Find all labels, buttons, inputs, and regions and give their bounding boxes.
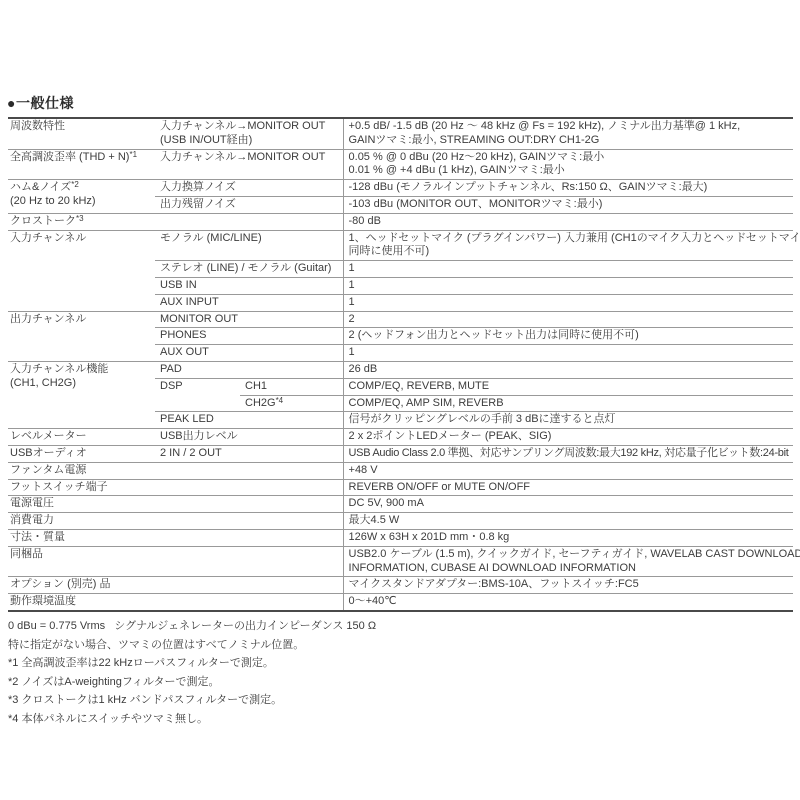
spec-category-text: 入力チャンネル機能 (10, 363, 152, 377)
spec-category: 電源電圧 (8, 496, 343, 513)
spec-category: 寸法・質量 (8, 529, 343, 546)
spec-category: USBオーディオ (8, 445, 155, 462)
spec-category: 入力チャンネル (8, 230, 155, 311)
spec-subcategory: MONITOR OUT (155, 311, 343, 328)
row-crosstalk: クロストーク*3 -80 dB (8, 213, 793, 230)
spec-subcategory: PAD (155, 361, 343, 378)
row-level-meter: レベルメーター USB出力レベル 2 x 2ポイントLEDメーター (PEAK、… (8, 429, 793, 446)
spec-category: 周波数特性 (8, 118, 155, 149)
spec-value-line: +0.5 dB/ -1.5 dB (20 Hz 〜 48 kHz @ Fs = … (349, 120, 791, 134)
row-operating-temperature: 動作環境温度 0〜+40℃ (8, 594, 793, 611)
spec-category: ハム&ノイズ*2 (20 Hz to 20 kHz) (8, 180, 155, 214)
spec-value: USB2.0 ケーブル (1.5 m), クイックガイド, セーフティガイド, … (343, 546, 793, 577)
spec-value: 0.05 % @ 0 dBu (20 Hz〜20 kHz), GAINツマミ:最… (343, 149, 793, 180)
footnote-1: *1 全高調波歪率は22 kHzローパスフィルターで測定。 (8, 654, 788, 673)
spec-value-line: GAINツマミ:最小, STREAMING OUT:DRY CH1-2G (349, 134, 791, 148)
spec-subcategory: PHONES (155, 328, 343, 345)
spec-value: -128 dBu (モノラルインプットチャンネル、Rs:150 Ω、GAINツマ… (343, 180, 793, 197)
footnote-dbu-reference: 0 dBu = 0.775 Vrms シグナルジェネレーターの出力インピーダンス… (8, 617, 788, 636)
spec-subcategory: DSP (155, 378, 240, 412)
footnote-knob-position: 特に指定がない場合、ツマミの位置はすべてノミナル位置。 (8, 636, 788, 655)
spec-value-line: 0.05 % @ 0 dBu (20 Hz〜20 kHz), GAINツマミ:最… (349, 151, 791, 165)
row-power-voltage: 電源電圧 DC 5V, 900 mA (8, 496, 793, 513)
footnote-2: *2 ノイズはA-weightingフィルターで測定。 (8, 673, 788, 692)
spec-category: 同梱品 (8, 546, 343, 577)
spec-subcategory: USB IN (155, 277, 343, 294)
spec-value: 26 dB (343, 361, 793, 378)
spec-value: COMP/EQ, AMP SIM, REVERB (343, 395, 793, 412)
spec-sub-text: CH2G (245, 397, 276, 409)
spec-sub-line: (USB IN/OUT経由) (160, 134, 340, 148)
spec-subcategory: モノラル (MIC/LINE) (155, 230, 343, 261)
spec-value: 0〜+40℃ (343, 594, 793, 611)
spec-subcategory: 出力残留ノイズ (155, 196, 343, 213)
row-hum-noise-input: ハム&ノイズ*2 (20 Hz to 20 kHz) 入力換算ノイズ -128 … (8, 180, 793, 197)
row-power-consumption: 消費電力 最大4.5 W (8, 513, 793, 530)
spec-category: 動作環境温度 (8, 594, 343, 611)
spec-subcategory: USB出力レベル (155, 429, 343, 446)
footnote-marker: *4 (276, 396, 284, 405)
footnote-marker: *1 (129, 150, 137, 159)
spec-subcategory: 2 IN / 2 OUT (155, 445, 343, 462)
row-func-pad: 入力チャンネル機能 (CH1, CH2G) PAD 26 dB (8, 361, 793, 378)
row-footswitch: フットスイッチ端子 REVERB ON/OFF or MUTE ON/OFF (8, 479, 793, 496)
spec-category: 入力チャンネル機能 (CH1, CH2G) (8, 361, 155, 428)
spec-category-text: クロストーク (10, 215, 76, 227)
spec-value-line: INFORMATION, CUBASE AI DOWNLOAD INFORMAT… (349, 562, 791, 576)
spec-value: 1 (343, 345, 793, 362)
row-phantom-power: ファンタム電源 +48 V (8, 462, 793, 479)
row-dimensions-weight: 寸法・質量 126W x 63H x 201D mm・0.8 kg (8, 529, 793, 546)
spec-table: 周波数特性 入力チャンネル→MONITOR OUT (USB IN/OUT経由)… (8, 117, 793, 612)
spec-value: マイクスタンドアダプター:BMS-10A、フットスイッチ:FC5 (343, 577, 793, 594)
page-title: ●一般仕様 (7, 93, 74, 113)
spec-category-text: 全高調波歪率 (THD + N) (10, 151, 129, 163)
spec-category: レベルメーター (8, 429, 155, 446)
row-included-items: 同梱品 USB2.0 ケーブル (1.5 m), クイックガイド, セーフティガ… (8, 546, 793, 577)
spec-subcategory: 入力チャンネル→MONITOR OUT (USB IN/OUT経由) (155, 118, 343, 149)
spec-value: -103 dBu (MONITOR OUT、MONITORツマミ:最小) (343, 196, 793, 213)
spec-value: 2 (ヘッドフォン出力とヘッドセット出力は同時に使用不可) (343, 328, 793, 345)
row-optional-items: オプション (別売) 品 マイクスタンドアダプター:BMS-10A、フットスイッ… (8, 577, 793, 594)
spec-subcategory: ステレオ (LINE) / モノラル (Guitar) (155, 261, 343, 278)
spec-value: +0.5 dB/ -1.5 dB (20 Hz 〜 48 kHz @ Fs = … (343, 118, 793, 149)
spec-value: 1、ヘッドセットマイク (プラグインパワー) 入力兼用 (CH1のマイク入力とヘ… (343, 230, 793, 261)
spec-category: フットスイッチ端子 (8, 479, 343, 496)
spec-category: 消費電力 (8, 513, 343, 530)
spec-category-text2: (20 Hz to 20 kHz) (10, 195, 152, 209)
spec-value: -80 dB (343, 213, 793, 230)
spec-value: 126W x 63H x 201D mm・0.8 kg (343, 529, 793, 546)
spec-value-line: 同時に使用不可) (349, 245, 791, 259)
spec-value-line: 1、ヘッドセットマイク (プラグインパワー) 入力兼用 (CH1のマイク入力とヘ… (349, 232, 791, 246)
spec-subsubcategory: CH1 (240, 378, 343, 395)
row-usb-audio: USBオーディオ 2 IN / 2 OUT USB Audio Class 2.… (8, 445, 793, 462)
footnote-marker: *3 (76, 214, 84, 223)
footnote-marker: *2 (71, 180, 79, 189)
spec-subcategory: 入力チャンネル→MONITOR OUT (155, 149, 343, 180)
row-input-mono: 入力チャンネル モノラル (MIC/LINE) 1、ヘッドセットマイク (プラグ… (8, 230, 793, 261)
spec-sub-line: 入力チャンネル→MONITOR OUT (160, 120, 340, 134)
spec-value: 1 (343, 294, 793, 311)
spec-value: USB Audio Class 2.0 準拠、対応サンプリング周波数:最大192… (343, 445, 793, 462)
spec-subsubcategory: CH2G*4 (240, 395, 343, 412)
footnote-3: *3 クロストークは1 kHz バンドパスフィルターで測定。 (8, 691, 788, 710)
spec-category: ファンタム電源 (8, 462, 343, 479)
spec-value: DC 5V, 900 mA (343, 496, 793, 513)
spec-subcategory: AUX INPUT (155, 294, 343, 311)
footnotes: 0 dBu = 0.775 Vrms シグナルジェネレーターの出力インピーダンス… (8, 617, 788, 728)
spec-category: 全高調波歪率 (THD + N)*1 (8, 149, 155, 180)
footnote-4: *4 本体パネルにスイッチやツマミ無し。 (8, 710, 788, 729)
row-output-monitor: 出力チャンネル MONITOR OUT 2 (8, 311, 793, 328)
spec-value: 1 (343, 277, 793, 294)
spec-value: 信号がクリッピングレベルの手前 3 dBに達すると点灯 (343, 412, 793, 429)
spec-category: クロストーク*3 (8, 213, 343, 230)
spec-category: オプション (別売) 品 (8, 577, 343, 594)
spec-value: 2 x 2ポイントLEDメーター (PEAK、SIG) (343, 429, 793, 446)
spec-value: COMP/EQ, REVERB, MUTE (343, 378, 793, 395)
spec-sheet-page: ●一般仕様 周波数特性 入力チャンネル→MONITOR OUT (USB IN/… (0, 0, 800, 800)
spec-value: REVERB ON/OFF or MUTE ON/OFF (343, 479, 793, 496)
spec-value-line: USB2.0 ケーブル (1.5 m), クイックガイド, セーフティガイド, … (349, 548, 791, 562)
spec-subcategory: PEAK LED (155, 412, 343, 429)
spec-category: 出力チャンネル (8, 311, 155, 361)
spec-subcategory: 入力換算ノイズ (155, 180, 343, 197)
spec-category-text2: (CH1, CH2G) (10, 377, 152, 391)
spec-value: +48 V (343, 462, 793, 479)
spec-subcategory: AUX OUT (155, 345, 343, 362)
row-thd: 全高調波歪率 (THD + N)*1 入力チャンネル→MONITOR OUT 0… (8, 149, 793, 180)
spec-value-line: 0.01 % @ +4 dBu (1 kHz), GAINツマミ:最小 (349, 164, 791, 178)
spec-value: 1 (343, 261, 793, 278)
spec-value: 2 (343, 311, 793, 328)
spec-category-text: ハム&ノイズ*2 (10, 181, 152, 195)
row-frequency-response: 周波数特性 入力チャンネル→MONITOR OUT (USB IN/OUT経由)… (8, 118, 793, 149)
spec-value-line: USB Audio Class 2.0 準拠、対応サンプリング周波数:最大192… (349, 447, 791, 461)
spec-value: 最大4.5 W (343, 513, 793, 530)
